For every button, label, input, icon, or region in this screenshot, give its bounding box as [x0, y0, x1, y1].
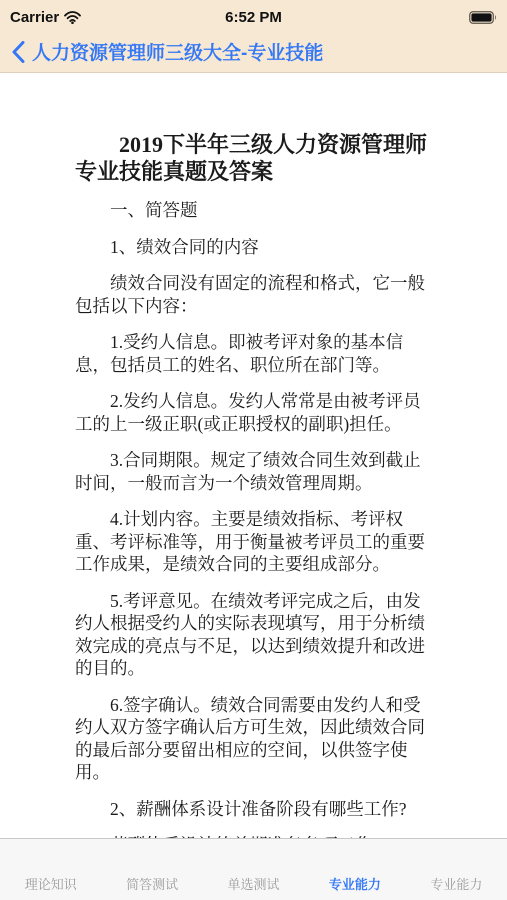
tab-item-5[interactable]: 专业能力	[406, 877, 507, 893]
doc-paragraph: 1、绩效合同的内容	[75, 236, 435, 259]
document-view[interactable]: 2019下半年三级人力资源管理师专业技能真题及答案一、简答题1、绩效合同的内容绩…	[0, 73, 507, 838]
status-right	[469, 11, 497, 24]
doc-paragraph: 2.发约人信息。发约人常常是由被考评员工的上一级正职(或正职授权的副职)担任。	[75, 390, 435, 435]
back-button[interactable]	[12, 41, 25, 63]
doc-paragraph: 一、简答题	[75, 199, 435, 222]
battery-icon	[469, 11, 497, 24]
carrier-label: Carrier	[10, 9, 59, 26]
status-bar: Carrier 6:52 PM	[0, 0, 507, 30]
tab-item-3[interactable]: 单选测试	[203, 877, 304, 893]
doc-paragraph: 2、薪酬体系设计准备阶段有哪些工作?	[75, 798, 435, 821]
tab-item-1[interactable]: 理论知识	[0, 877, 101, 893]
nav-title: 人力资源管理师三级大全-专业技能	[32, 38, 323, 65]
wifi-icon	[64, 11, 81, 24]
tab-bar: 理论知识简答测试单选测试专业能力专业能力	[0, 838, 507, 900]
doc-paragraph: 1.受约人信息。即被考评对象的基本信息，包括员工的姓名、职位所在部门等。	[75, 331, 435, 376]
tab-item-2[interactable]: 简答测试	[101, 877, 202, 893]
status-left: Carrier	[10, 9, 81, 26]
chevron-left-icon	[12, 41, 25, 63]
doc-paragraph: 绩效合同没有固定的流程和格式，它一般包括以下内容：	[75, 272, 435, 317]
doc-paragraph: 6.签字确认。绩效合同需要由发约人和受约人双方签字确认后方可生效，因此绩效合同的…	[75, 694, 435, 784]
navigation-bar: 人力资源管理师三级大全-专业技能	[0, 30, 507, 73]
app-screen: Carrier 6:52 PM	[0, 0, 507, 900]
doc-paragraph: 5.考评意见。在绩效考评完成之后，由发约人根据受约人的实际表现填写，用于分析绩效…	[75, 590, 435, 680]
doc-heading: 2019下半年三级人力资源管理师专业技能真题及答案	[75, 131, 435, 185]
tab-item-4[interactable]: 专业能力	[304, 877, 405, 893]
header: Carrier 6:52 PM	[0, 0, 507, 73]
doc-paragraph: 3.合同期限。规定了绩效合同生效到截止时间，一般而言为一个绩效管理周期。	[75, 449, 435, 494]
doc-paragraph: 4.计划内容。主要是绩效指标、考评权重、考评标准等，用于衡量被考评员工的重要工作…	[75, 508, 435, 576]
